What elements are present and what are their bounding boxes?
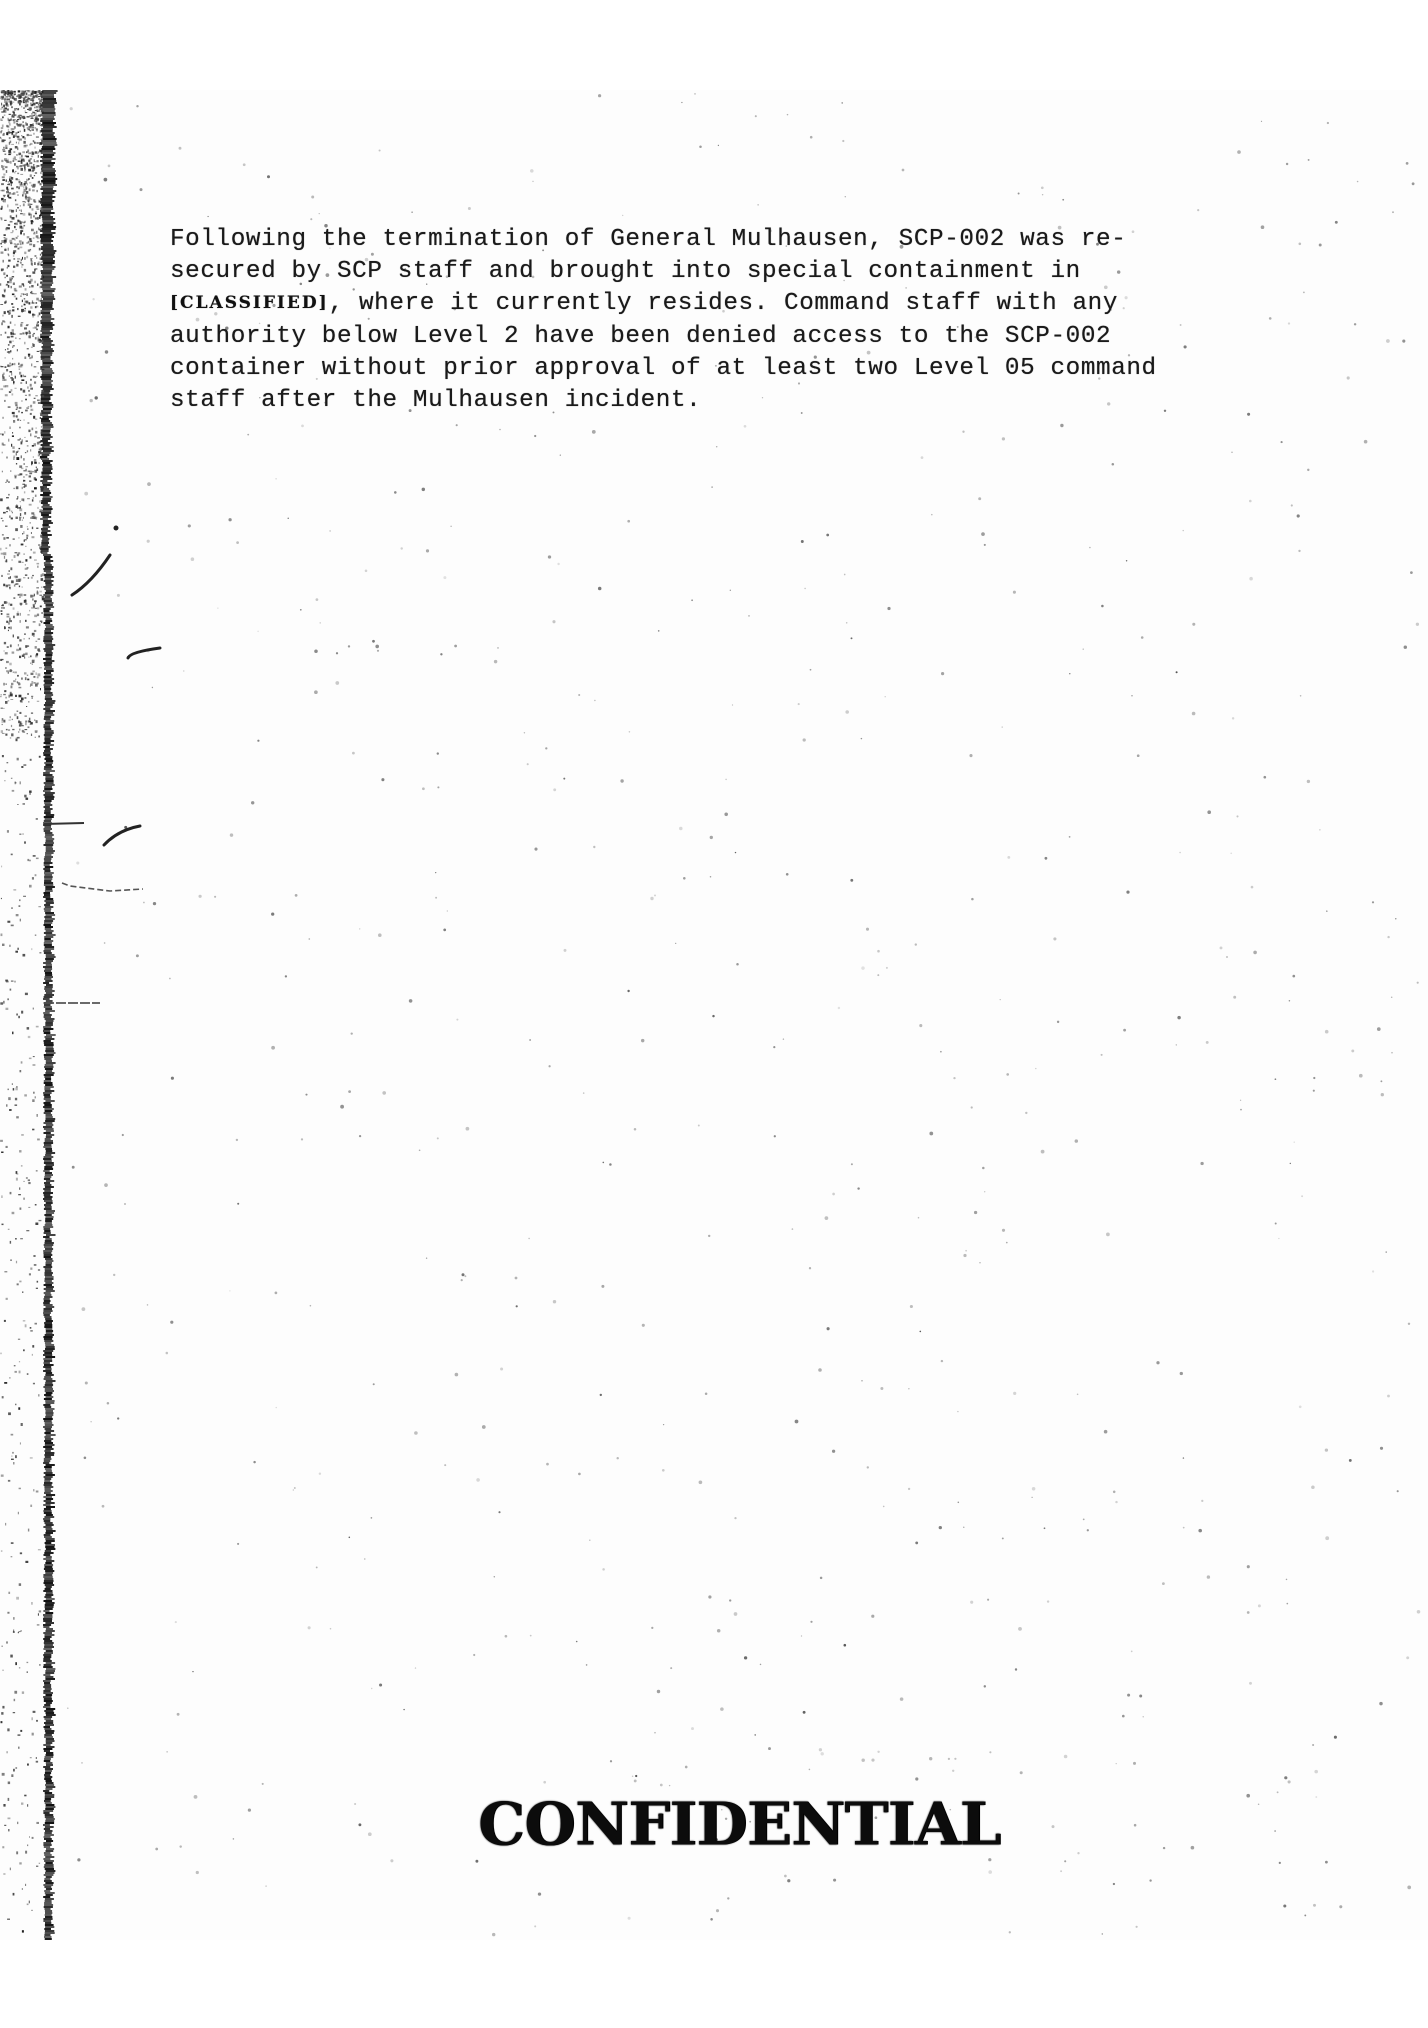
confidential-stamp: CONFIDENTIAL: [478, 1790, 1001, 1859]
document-body: Following the termination of General Mul…: [170, 224, 1270, 417]
body-line: authority below Level 2 have been denied…: [170, 323, 1111, 350]
redacted-text: [CLASSIFIED]: [170, 287, 329, 319]
body-line: Following the termination of General Mul…: [170, 226, 1126, 253]
body-line: secured by SCP staff and brought into sp…: [170, 258, 1081, 285]
body-line: container without prior approval of at l…: [170, 355, 1157, 382]
body-line: staff after the Mulhausen incident.: [170, 387, 701, 414]
body-line: , where it currently resides. Command st…: [329, 290, 1118, 317]
